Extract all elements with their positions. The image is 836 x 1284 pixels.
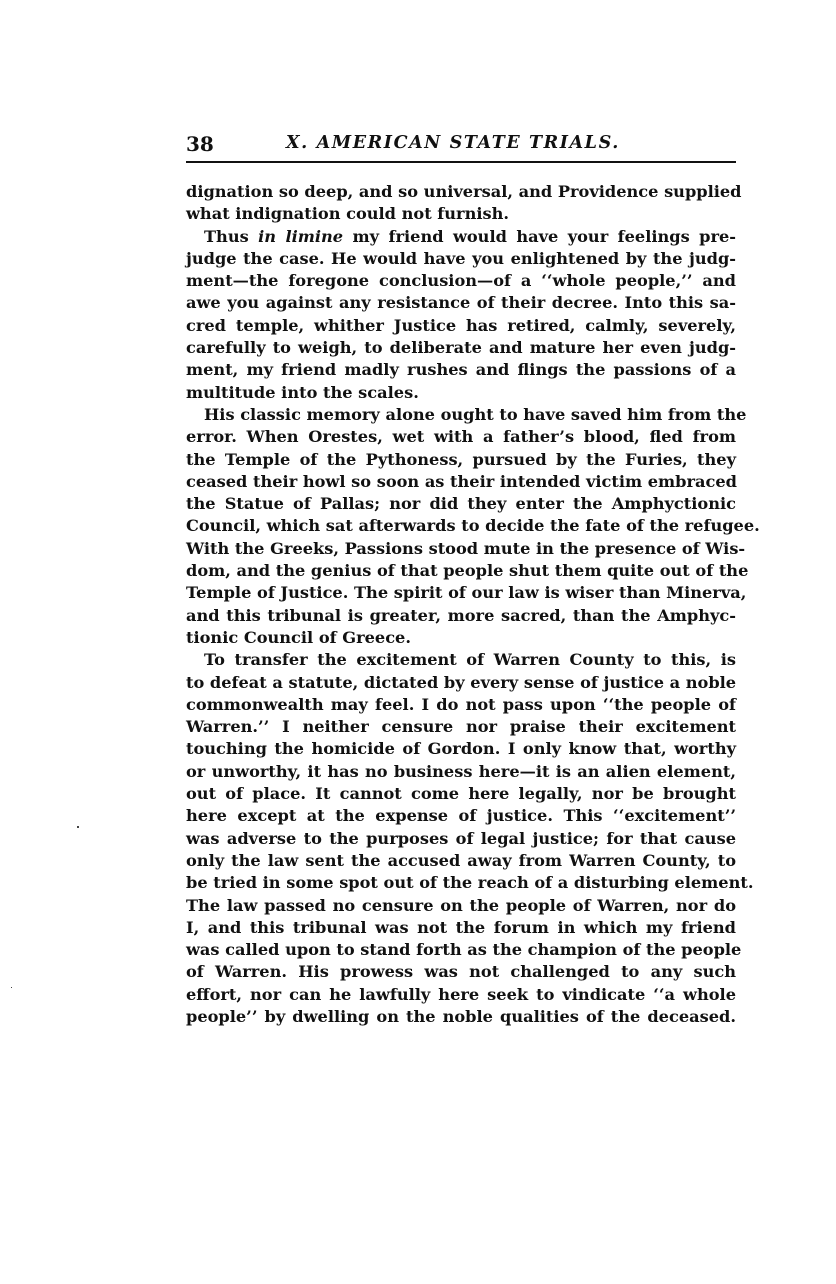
text-line: The law passed no censure on the people … [186,895,736,917]
text-line: effort, nor can he lawfully here seek to… [186,984,736,1006]
page-number: 38 [186,132,214,156]
header-rule [186,161,736,163]
text-line: tionic Council of Greece. [186,627,736,649]
text-line: what indignation could not furnish. [186,203,736,225]
text-line: carefully to weigh, to deliberate and ma… [186,337,736,359]
text-line: was adverse to the purposes of legal jus… [186,828,736,850]
text-line: dignation so deep, and so universal, and… [186,181,736,203]
paragraph: dignation so deep, and so universal, and… [186,181,736,226]
text-line: Council, which sat afterwards to decide … [186,515,736,537]
text-line: the Statue of Pallas; nor did they enter… [186,493,736,515]
text-line: To transfer the excitement of Warren Cou… [186,649,736,671]
text-line: or unworthy, it has no business here—it … [186,761,736,783]
text-line: to defeat a statute, dictated by every s… [186,672,736,694]
text-line: people’’ by dwelling on the noble qualit… [186,1006,736,1028]
text-line: ment, my friend madly rushes and flings … [186,359,736,381]
text-fragment: Thus [204,227,258,246]
scan-speck [11,987,12,988]
running-head: 38 X. AMERICAN STATE TRIALS. [186,128,736,162]
text-line: awe you against any resistance of their … [186,292,736,314]
body-text: dignation so deep, and so universal, and… [186,181,736,1028]
book-page: 38 X. AMERICAN STATE TRIALS. dignation s… [186,128,736,1028]
text-line: judge the case. He would have you enligh… [186,248,736,270]
paragraph: His classic memory alone ought to have s… [186,404,736,649]
text-line: multitude into the scales. [186,382,736,404]
text-line: dom, and the genius of that people shut … [186,560,736,582]
text-line: Temple of Justice. The spirit of our law… [186,582,736,604]
text-line: With the Greeks, Passions stood mute in … [186,538,736,560]
text-line: I, and this tribunal was not the forum i… [186,917,736,939]
scan-speck [77,826,79,828]
text-line: the Temple of the Pythoness, pursued by … [186,449,736,471]
text-line: cred temple, whither Justice has retired… [186,315,736,337]
text-line: ceased their howl so soon as their inten… [186,471,736,493]
text-line: here except at the expense of justice. T… [186,805,736,827]
text-line: touching the homicide of Gordon. I only … [186,738,736,760]
text-fragment: my friend would have your feelings pre- [343,227,736,246]
text-line: of Warren. His prowess was not challenge… [186,961,736,983]
text-line: Warren.’’ I neither censure nor praise t… [186,716,736,738]
paragraph: Thus in limine my friend would have your… [186,226,736,404]
paragraph: To transfer the excitement of Warren Cou… [186,649,736,1028]
text-line: and this tribunal is greater, more sacre… [186,605,736,627]
text-line: be tried in some spot out of the reach o… [186,872,736,894]
text-line: ment—the foregone conclusion—of a ‘‘whol… [186,270,736,292]
text-line: His classic memory alone ought to have s… [186,404,736,426]
text-line: error. When Orestes, wet with a father’s… [186,426,736,448]
text-line: commonwealth may feel. I do not pass upo… [186,694,736,716]
text-line: only the law sent the accused away from … [186,850,736,872]
text-line: out of place. It cannot come here legall… [186,783,736,805]
text-line: was called upon to stand forth as the ch… [186,939,736,961]
running-title: X. AMERICAN STATE TRIALS. [286,133,620,153]
text-line-with-italic: Thus in limine my friend would have your… [186,226,736,248]
italic-phrase: in limine [258,227,343,246]
